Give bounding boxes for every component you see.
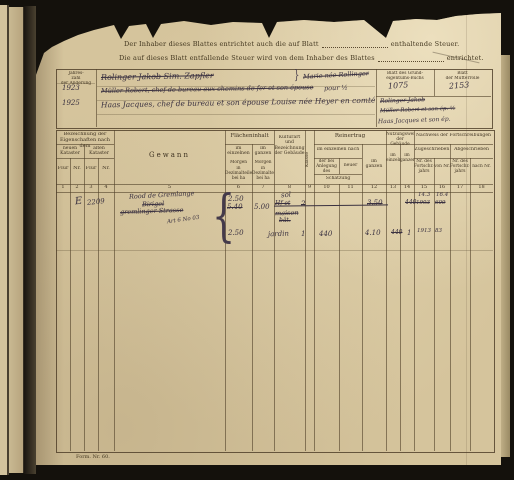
reinertrag-old-assess-header: der bei Anlegung des Katasters erfolgten (314, 159, 339, 174)
grid-line (339, 192, 340, 451)
added-from-nr-header: von Nr. (434, 164, 450, 169)
handwritten-entry: 440 (319, 231, 332, 238)
grid-line (314, 158, 362, 159)
handwritten-entry: 16.4 (436, 193, 448, 199)
handwritten-entry: 83 (435, 229, 442, 235)
handwritten-entry: jardin (268, 231, 289, 239)
column-number: 15 (414, 185, 434, 191)
column-number: 12 (362, 185, 386, 191)
grid-line (362, 192, 363, 451)
handwritten-entry: bât. (279, 218, 291, 224)
grid-line (305, 130, 306, 192)
column-number: 1 (56, 185, 70, 191)
col-flur-header-old: Flur (84, 166, 98, 172)
handwritten-entry: 14.3 (418, 193, 430, 199)
grid-line (56, 250, 493, 251)
grid-line (386, 130, 387, 192)
column-number: 7 (252, 185, 274, 191)
column-number: 18 (470, 185, 493, 191)
nachweis-removed-header: Abgeschrieben (450, 147, 493, 152)
reinertrag-new-assess-header: neuer (339, 163, 362, 168)
binding-stub-2 (9, 7, 24, 473)
grid-line (114, 130, 115, 192)
nachweis-added-header: Zugeschrieben (414, 147, 450, 152)
tax-note-2-text: Die auf dieses Blatt entfallende Steuer … (119, 54, 375, 62)
grid-line (114, 192, 115, 451)
form-number: Form. Nr. 60. (76, 454, 110, 460)
tax-note-line-1: Der Inhaber dieses Blattes entrichtet au… (124, 40, 459, 48)
handwritten-entry: 1 (301, 231, 305, 238)
grid-line (450, 192, 451, 451)
column-number: 10 (314, 185, 339, 191)
handwritten-entry: 3.50 (367, 200, 383, 207)
handwritten-brace: } (294, 69, 299, 82)
handwritten-entry: sol (281, 192, 292, 200)
area-in-detail-header: im einzelnen (225, 146, 252, 158)
handwritten-entry: 1925 (62, 100, 80, 107)
grid-line (225, 130, 226, 192)
grid-line (470, 192, 471, 451)
grid-line (414, 192, 415, 451)
blank-dotted-line (322, 41, 388, 48)
removed-to-nr-header: nach Nr. (470, 164, 493, 169)
handwritten-entry: 5.40 (227, 204, 243, 211)
grid-line (414, 144, 493, 145)
col-nr-header-new: Nr. (70, 166, 84, 172)
grid-line (314, 130, 315, 192)
grid-line (225, 144, 274, 145)
handwritten-entry: E (74, 197, 82, 208)
column-number: 14 (400, 185, 414, 191)
tax-note-1-text: Der Inhaber dieses Blattes entrichtet au… (124, 40, 319, 48)
binding-gutter-shadow (24, 6, 36, 474)
grid-line (339, 158, 340, 174)
grid-line (386, 144, 414, 145)
grid-line (434, 69, 435, 96)
area-in-total-header: im ganzen (252, 146, 274, 158)
grid-line (414, 130, 415, 192)
removed-year-header: Nr. des Fortschr.-jahrs (450, 159, 470, 182)
handwritten-entry: 440 (391, 230, 402, 236)
column-number: 13 (386, 185, 400, 191)
area-dezimal-header-1: in Dezimalteilen bei ha (225, 166, 252, 183)
column-number: 4 (98, 185, 114, 191)
col-culture-header: Kulturart und Bezeichnung der Gebäude (274, 135, 305, 183)
grid-line (414, 158, 493, 159)
handwritten-entry: maison (275, 210, 299, 217)
tax-note-1-tail: enthaltende Steuer. (391, 40, 460, 48)
handwritten-entry: 2.50 (228, 230, 244, 237)
handwritten-entry: 2.50 (228, 196, 244, 203)
area-morgen-header-1: Morgen (225, 160, 252, 165)
handwritten-entry: 1075 (388, 81, 409, 90)
usage-total-header: im ganzen (400, 153, 414, 183)
grid-line (314, 144, 386, 145)
handwritten-entry: 4.10 (365, 230, 381, 237)
col-klasse-header: Klasse (305, 134, 314, 184)
grid-line (97, 114, 375, 115)
grid-line (314, 174, 362, 175)
added-year-header: Nr. des Fortschr.-jahrs (414, 159, 434, 182)
register-sheet: Der Inhaber dieses Blattes entrichtet au… (36, 13, 501, 465)
handwritten-entry: 1923 (62, 85, 80, 92)
grid-line (314, 192, 315, 451)
tax-note-line-2: Die auf dieses Blatt entfallende Steuer … (119, 54, 484, 62)
col-flur-header-new: Flur (56, 166, 70, 172)
handwritten-entry: 440 (405, 200, 416, 206)
col-new-cadastre-header: neuen Kataster (56, 146, 84, 157)
handwritten-entry: 2153 (449, 81, 470, 90)
reinertrag-schaetzung-header: Schätzung (314, 176, 362, 181)
grid-line (252, 192, 253, 451)
usage-detail-header: im einzelnen (386, 153, 400, 183)
grid-line (56, 158, 114, 159)
grid-line (386, 192, 387, 451)
tax-note-2-tail: entrichtet. (447, 54, 484, 62)
column-number: 2 (70, 185, 84, 191)
reinertrag-total-header: im ganzen (362, 159, 386, 181)
col-area-header: Flächeninhalt (225, 133, 274, 139)
handwritten-entry: pour ½ (324, 85, 348, 92)
column-number: 17 (450, 185, 470, 191)
grid-line (274, 130, 275, 192)
scanned-register-page: Der Inhaber dieses Blattes entrichtet au… (0, 0, 514, 480)
column-number: 8 (274, 185, 305, 191)
column-number: 3 (84, 185, 98, 191)
grid-line (84, 192, 85, 451)
col-nachweis-header: Nachweis der Fortschreibungen (414, 133, 493, 138)
column-number: 11 (339, 185, 362, 191)
col-old-cadastre-header: alten Kataster (84, 146, 114, 157)
blank-dotted-line (378, 55, 444, 62)
col-reinertrag-header: Reinertrag (314, 133, 386, 139)
handwritten-entry: 1913 (417, 229, 431, 235)
handwritten-entry: 2 (301, 201, 305, 208)
grid-line (70, 192, 71, 451)
handwritten-entry: 5.00 (254, 204, 270, 211)
grid-line (376, 69, 377, 127)
reinertrag-detail-header: im einzelnen nach (314, 147, 362, 152)
area-dezimal-header-2: in Dezimalteilen bei ha (252, 166, 274, 183)
col-nr-header-old: Nr. (98, 166, 114, 172)
column-number: 16 (434, 185, 450, 191)
grid-line (98, 192, 99, 451)
handwritten-entry: 1 (407, 230, 411, 237)
handwritten-entry: 609 (435, 201, 446, 207)
underlying-page-edge (501, 55, 510, 457)
handwritten-entry: 1903 (416, 201, 430, 207)
grid-line (56, 144, 114, 145)
grid-line (96, 69, 97, 127)
col-gewann-header: Gewann (114, 151, 225, 159)
binding-stub-1 (0, 5, 9, 475)
column-number: 5 (114, 185, 225, 191)
column-number: 9 (305, 185, 314, 191)
area-morgen-header-2: Morgen (252, 160, 274, 165)
